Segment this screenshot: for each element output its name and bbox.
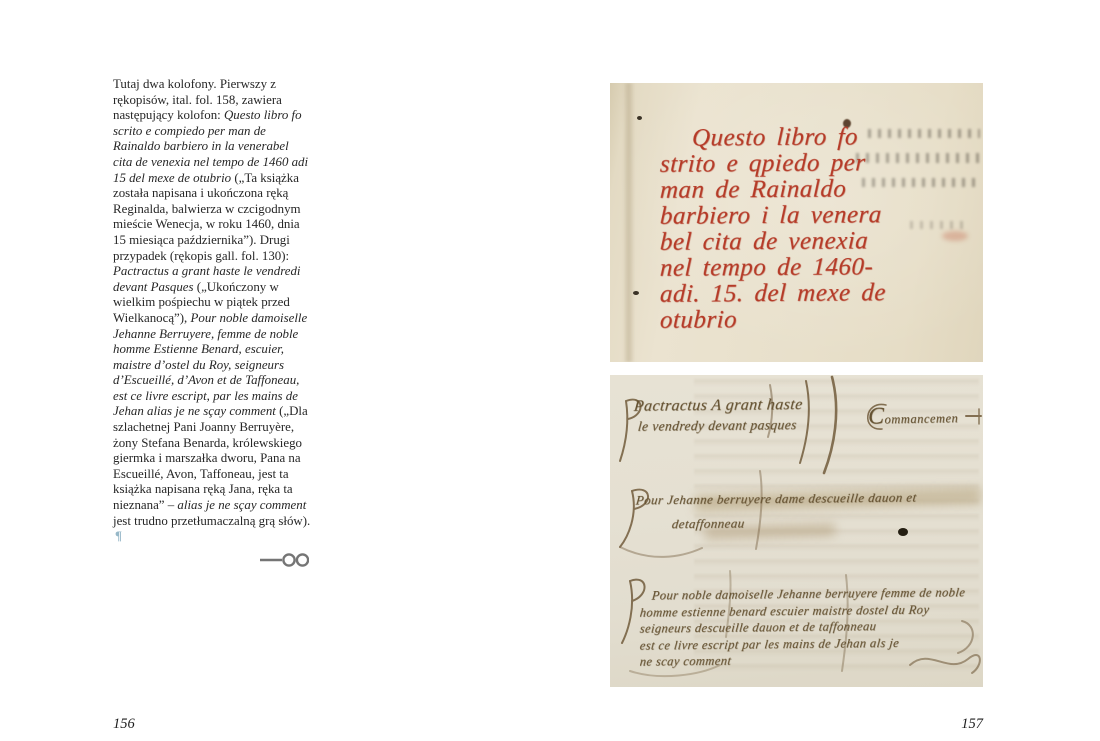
ink-blot xyxy=(898,528,908,536)
italian-colophon-text: Questo libro fostrito e qpiedo perman de… xyxy=(660,125,886,333)
bleedthrough-marks xyxy=(910,221,970,229)
text-segment: („Dla szlachetnej Pani Joanny Berruyère,… xyxy=(113,404,308,512)
manuscript-line: bel cita de venexia xyxy=(659,228,886,256)
manuscript-line: Pour Jehanne berruyere dame descueille d… xyxy=(635,490,917,509)
french-middle-text: Pour Jehanne berruyere dame descueille d… xyxy=(636,491,916,531)
manuscript-line: adi. 15. del mexe de xyxy=(659,280,886,308)
manuscript-line: otubrio xyxy=(659,306,886,334)
manuscript-figure-french: Pactractus A grant hastele vendredy deva… xyxy=(610,375,983,687)
section-divider-ornament xyxy=(113,552,309,570)
french-header-text: Pactractus A grant hastele vendredy deva… xyxy=(634,397,803,434)
manuscript-line: Questo libro fo xyxy=(659,124,886,152)
text-segment: alias je ne sçay comment xyxy=(177,498,306,512)
page-number-right: 157 xyxy=(883,716,983,733)
manuscript-line: barbiero i la venera xyxy=(659,202,886,230)
manuscript-line: Pactractus A grant haste xyxy=(633,396,803,416)
page-number-left: 156 xyxy=(113,716,135,733)
manuscript-line: strito e qpiedo per xyxy=(659,150,886,178)
manuscript-line: ne scay comment xyxy=(639,650,966,670)
marginal-note: Commancemen xyxy=(868,402,959,431)
line-circles-divider-icon xyxy=(259,552,309,568)
manuscript-line: le vendredy devant pasques xyxy=(637,417,803,435)
french-colophon-text: Pour noble damoiselle Jehanne berruyere … xyxy=(640,586,965,669)
pilcrow-mark: ¶ xyxy=(113,529,122,543)
parchment-speck xyxy=(633,291,639,295)
manuscript-figure-italian: Questo libro fostrito e qpiedo perman de… xyxy=(610,83,983,362)
manuscript-line: detaffonneau xyxy=(671,514,917,533)
manuscript-line: man de Rainaldo xyxy=(659,176,886,204)
parchment-speck xyxy=(637,116,642,120)
faint-red-mark xyxy=(942,231,968,241)
text-segment: Pour noble damoiselle Jehanne Berruyere,… xyxy=(113,311,307,419)
manuscript-line: nel tempo de 1460- xyxy=(659,254,886,282)
text-segment: jest trudno przetłumaczalną grą słów). xyxy=(113,514,310,528)
book-spread: Tutaj dwa kolofony. Pierwszy z rękopisów… xyxy=(0,0,1100,741)
body-paragraph: Tutaj dwa kolofony. Pierwszy z rękopisów… xyxy=(113,77,311,545)
binding-fold xyxy=(623,83,634,362)
